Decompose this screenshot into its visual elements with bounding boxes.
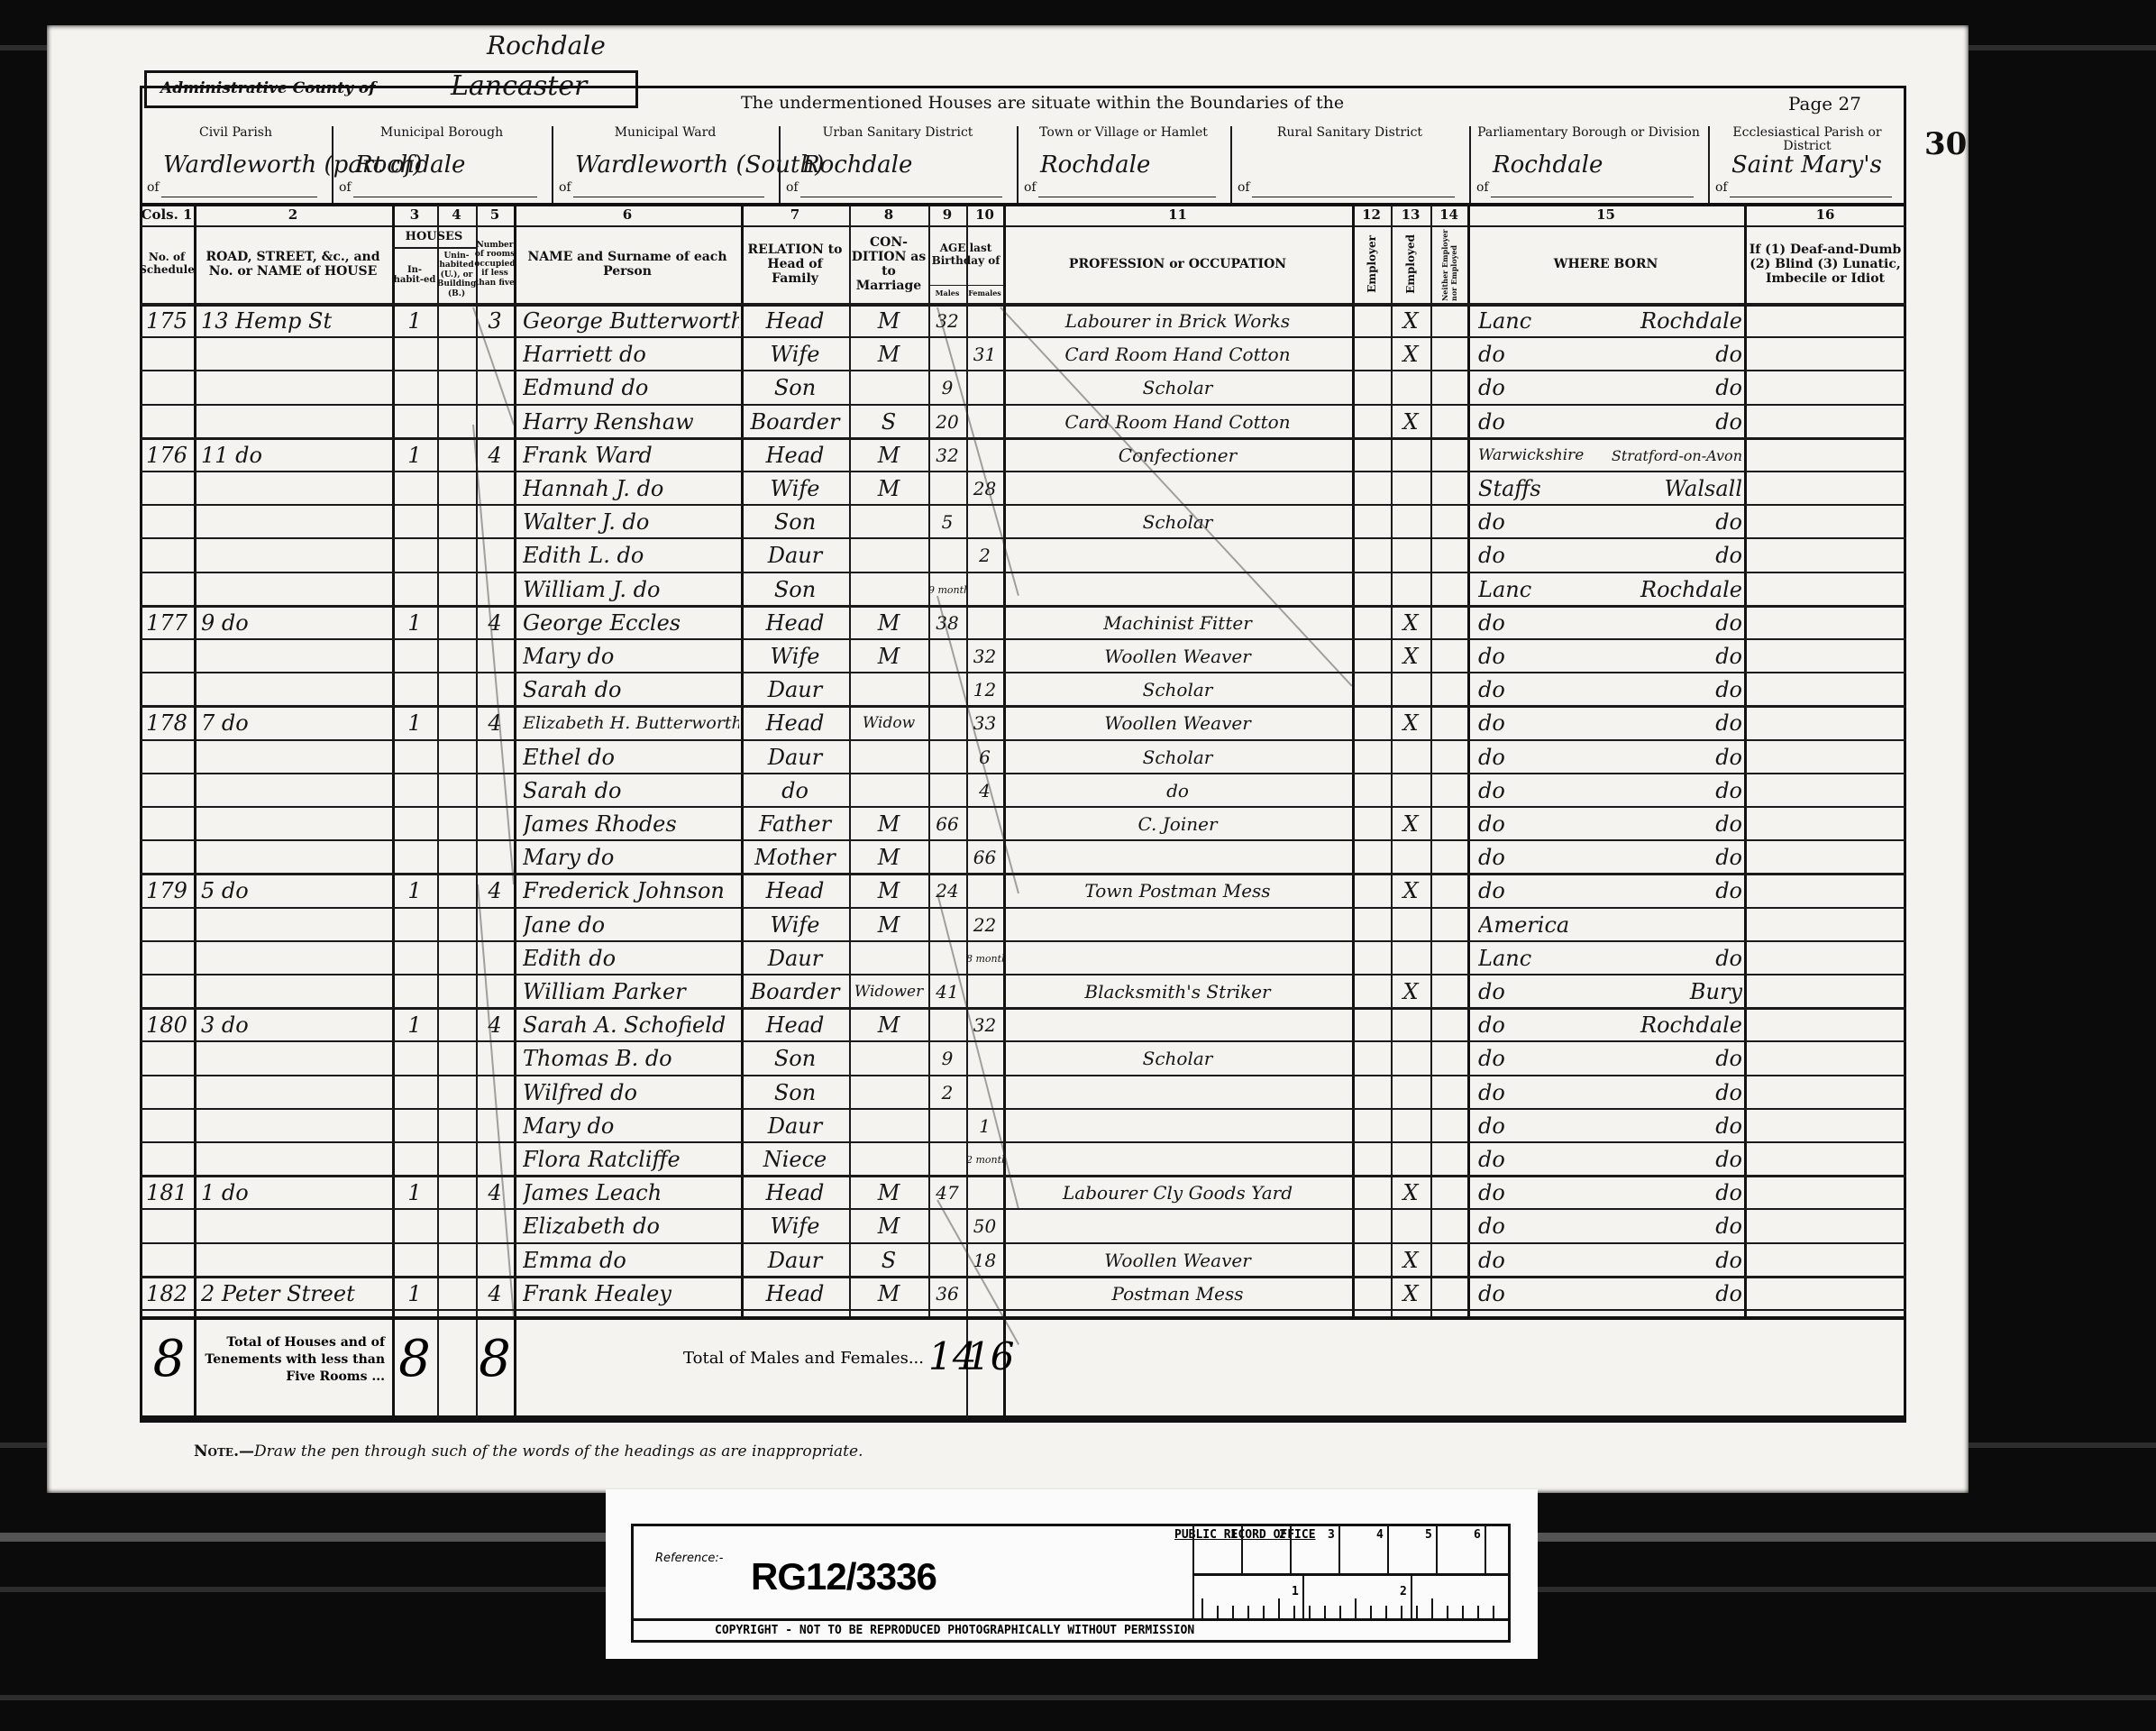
- cell-schedule: 176: [140, 439, 194, 472]
- cell-condition: M: [849, 1177, 928, 1210]
- cell-inhabited: 1: [392, 305, 437, 338]
- table-row: Sarah doDaur12Scholardodo: [140, 673, 1906, 707]
- cell-relation: Son: [741, 573, 849, 607]
- cell-name: Elizabeth do: [523, 1210, 739, 1243]
- cell-condition: S: [849, 406, 928, 439]
- cell-born-county: do: [1478, 741, 1613, 774]
- district-label: Civil Parish: [140, 126, 332, 140]
- district-label: Municipal Borough: [332, 126, 552, 140]
- ruler-tick: [1462, 1606, 1464, 1618]
- cell-rooms: 4: [476, 1177, 514, 1210]
- cell-condition: M: [849, 1210, 928, 1243]
- administrative-county-inserted: Rochdale: [487, 31, 606, 60]
- of-prefix: of: [786, 180, 799, 195]
- cell-condition: Widower: [849, 975, 928, 1009]
- cell-occupation: Woollen Weaver: [1003, 707, 1352, 740]
- heading-females: Females: [966, 287, 1003, 301]
- ruler-tick: [1416, 1606, 1418, 1618]
- cell-name: Frank Healey: [523, 1278, 739, 1311]
- cell-female-age: 31: [966, 338, 1003, 371]
- table-row: Elizabeth doWifeM50dodo: [140, 1210, 1906, 1243]
- cell-relation: Head: [741, 305, 849, 338]
- cell-born-place: do: [1603, 506, 1742, 539]
- column-number: 16: [1744, 206, 1906, 223]
- district-value: Rochdale: [355, 151, 544, 179]
- ruler-tick: [1217, 1606, 1219, 1618]
- heading-age-group: AGE last Birthday of: [928, 227, 1003, 283]
- cell-male-age: 66: [928, 808, 966, 841]
- table-row: William ParkerBoarderWidower41Blacksmith…: [140, 975, 1906, 1009]
- column-number: 8: [849, 206, 928, 223]
- cell-relation: Wife: [741, 909, 849, 942]
- cell-born-place: do: [1603, 1210, 1742, 1243]
- ruler-tick: [1309, 1606, 1311, 1618]
- table-row: Harriett doWifeM31Card Room Hand CottonX…: [140, 338, 1906, 371]
- cell-male-age: 5: [928, 506, 966, 539]
- cell-inhabited: 1: [392, 1009, 437, 1042]
- district-label: Urban Sanitary District: [779, 126, 1017, 140]
- cell-born-place: do: [1603, 942, 1742, 975]
- table-row: Mary doDaur1dodo: [140, 1110, 1906, 1143]
- cell-relation: do: [741, 774, 849, 808]
- table-row: Flora RatcliffeNiece2 monthdodo: [140, 1143, 1906, 1177]
- cell-condition: M: [849, 640, 928, 673]
- schedule-separator: [140, 303, 1906, 306]
- cell-born-place: Rochdale: [1603, 1009, 1742, 1042]
- cell-born-place: do: [1603, 1143, 1742, 1177]
- cell-relation: Daur: [741, 673, 849, 707]
- ruler-number: 3: [1328, 1528, 1335, 1542]
- cell-schedule: 180: [140, 1009, 194, 1042]
- total-rooms: 8: [476, 1330, 514, 1388]
- cell-relation: Son: [741, 506, 849, 539]
- cell-relation: Head: [741, 439, 849, 472]
- heading-occupation: PROFESSION or OCCUPATION: [1005, 227, 1350, 301]
- cell-condition: M: [849, 808, 928, 841]
- cell-female-age: 32: [966, 640, 1003, 673]
- total-inhabited: 8: [392, 1330, 437, 1388]
- cell-name: Harriett do: [523, 338, 739, 371]
- cell-relation: Boarder: [741, 406, 849, 439]
- district-value: Rochdale: [1493, 151, 1701, 179]
- heading-employed-cell: Employed: [1391, 227, 1430, 301]
- ruler-cell: 5: [1436, 1526, 1438, 1573]
- cell-employed: X: [1391, 808, 1430, 841]
- cell-road: 13 Hemp St: [201, 305, 399, 338]
- cell-male-age: 24: [928, 875, 966, 908]
- table-row: Emma doDaurS18Woollen WeaverXdodo: [140, 1244, 1906, 1278]
- ruler-cell: 6: [1485, 1526, 1486, 1573]
- ruler-tick: [1355, 1598, 1357, 1618]
- cell-name: William Parker: [523, 975, 739, 1009]
- note-text: Draw the pen through such of the words o…: [254, 1442, 863, 1461]
- cell-born-place: do: [1603, 1278, 1742, 1311]
- ruler-number: 2: [1279, 1528, 1286, 1542]
- cell-female-age: 50: [966, 1210, 1003, 1243]
- heading-employer: Employer: [1366, 235, 1378, 293]
- cell-schedule: 181: [140, 1177, 194, 1210]
- cell-occupation: Scholar: [1003, 371, 1352, 405]
- cell-born-place: do: [1603, 875, 1742, 908]
- ruler-tick: [1232, 1606, 1234, 1618]
- ruler-tick: [1431, 1598, 1433, 1618]
- cell-occupation: Woollen Weaver: [1003, 1244, 1352, 1278]
- cell-born-county: do: [1478, 1143, 1613, 1177]
- folio-number: 30: [1924, 126, 1967, 162]
- column-number: 4: [437, 206, 476, 223]
- table-row: Edith L. doDaur2dodo: [140, 539, 1906, 572]
- cell-born-county: do: [1478, 338, 1613, 371]
- cell-name: Elizabeth H. Butterworth: [523, 707, 739, 740]
- cell-relation: Head: [741, 707, 849, 740]
- cell-relation: Wife: [741, 338, 849, 371]
- cell-born-place: Rochdale: [1603, 573, 1742, 607]
- column-number: 7: [741, 206, 849, 223]
- cell-employed: X: [1391, 707, 1430, 740]
- table-row: 1803 do14Sarah A. SchofieldHeadM32doRoch…: [140, 1009, 1906, 1042]
- cell-born-place: do: [1603, 774, 1742, 808]
- footer-note: Note.—Draw the pen through such of the w…: [194, 1442, 863, 1461]
- cell-male-age: 9 month: [928, 573, 966, 607]
- cell-rooms: 4: [476, 1278, 514, 1311]
- table-row: Walter J. doSon5Scholardodo: [140, 506, 1906, 539]
- cell-inhabited: 1: [392, 1177, 437, 1210]
- ruler-tick: [1247, 1606, 1249, 1618]
- cell-born-county: Lanc: [1478, 305, 1613, 338]
- cell-born-place: do: [1603, 640, 1742, 673]
- district-label: Rural Sanitary District: [1230, 126, 1469, 140]
- cell-born-place: do: [1603, 338, 1742, 371]
- schedule-separator: [140, 873, 1906, 875]
- schedule-separator: [140, 1276, 1906, 1278]
- table-row: 1811 do14James LeachHeadM47Labourer Cly …: [140, 1177, 1906, 1210]
- stamp-frame: PUBLIC RECORD OFFICE Reference:- RG12/33…: [631, 1524, 1511, 1643]
- cell-born-county: do: [1478, 875, 1613, 908]
- cell-born-place: do: [1603, 1244, 1742, 1278]
- cell-relation: Wife: [741, 640, 849, 673]
- cell-relation: Wife: [741, 1210, 849, 1243]
- cell-female-age: 12: [966, 673, 1003, 707]
- cell-name: Edith do: [523, 942, 739, 975]
- ruler-number: 5: [1425, 1528, 1432, 1542]
- cell-born-county: Staffs: [1478, 472, 1613, 506]
- cell-relation: Mother: [741, 841, 849, 875]
- cell-condition: M: [849, 1278, 928, 1311]
- heading-relation: RELATION to Head of Family: [743, 227, 847, 301]
- cell-rooms: 4: [476, 439, 514, 472]
- cell-female-age: 2: [966, 539, 1003, 572]
- cell-male-age: 20: [928, 406, 966, 439]
- cell-born-county: do: [1478, 371, 1613, 405]
- heading-where-born: WHERE BORN: [1469, 227, 1742, 301]
- cell-male-age: 9: [928, 1042, 966, 1076]
- heading-rooms: Number of rooms occupied if less than fi…: [478, 227, 512, 301]
- district-underline: [1491, 197, 1694, 197]
- cell-born-county: Lanc: [1478, 573, 1613, 607]
- cell-name: Frederick Johnson: [523, 875, 739, 908]
- table-row: James RhodesFatherM66C. JoinerXdodo: [140, 808, 1906, 841]
- ruler-number: 4: [1376, 1528, 1384, 1542]
- of-prefix: of: [339, 180, 352, 195]
- cell-born-place: do: [1603, 841, 1742, 875]
- heading-neither-cell: Neither Employer nor Employed: [1430, 227, 1467, 301]
- cell-relation: Son: [741, 1042, 849, 1076]
- cell-occupation: Town Postman Mess: [1003, 875, 1352, 908]
- district-label: Town or Village or Hamlet: [1017, 126, 1230, 140]
- cell-occupation: Scholar: [1003, 506, 1352, 539]
- cell-occupation: do: [1003, 774, 1352, 808]
- cell-born-place: do: [1603, 539, 1742, 572]
- schedule-separator: [140, 1175, 1906, 1177]
- cell-rooms: 4: [476, 1009, 514, 1042]
- note-label: Note.—: [194, 1442, 254, 1461]
- ruler-cell: 2: [1290, 1526, 1292, 1573]
- heading-uninhabited: Unin-habited (U.), or Building (B.): [438, 249, 475, 301]
- ruler-bottom-scale: 12: [1194, 1576, 1510, 1618]
- cell-occupation: Postman Mess: [1003, 1278, 1352, 1311]
- heading-inhabited: In-habit-ed: [393, 249, 436, 301]
- cell-relation: Daur: [741, 741, 849, 774]
- cell-born-place: do: [1603, 673, 1742, 707]
- ruler-tick: [1278, 1598, 1280, 1618]
- column-number: 10: [966, 206, 1003, 223]
- cell-occupation: C. Joiner: [1003, 808, 1352, 841]
- heading-employer-cell: Employer: [1352, 227, 1391, 301]
- cell-name: Edmund do: [523, 371, 739, 405]
- ruler-cell: 3: [1338, 1526, 1340, 1573]
- cell-inhabited: 1: [392, 875, 437, 908]
- heading-infirmity: If (1) Deaf-and-Dumb (2) Blind (3) Lunat…: [1746, 227, 1905, 301]
- cell-road: 7 do: [201, 707, 399, 740]
- cell-name: Mary do: [523, 841, 739, 875]
- column-number: 5: [476, 206, 514, 223]
- of-prefix: of: [1238, 180, 1250, 195]
- cell-inhabited: 1: [392, 707, 437, 740]
- cell-born-place: do: [1603, 1076, 1742, 1110]
- table-row: Sarah dodo4dododo: [140, 774, 1906, 808]
- ruler-tick: [1339, 1606, 1341, 1618]
- district-underline: [573, 197, 764, 197]
- ruler-major-division: [1411, 1576, 1412, 1618]
- total-persons-label: Total of Males and Females...: [631, 1349, 924, 1368]
- cell-born-place: do: [1603, 1177, 1742, 1210]
- ruler-tick: [1324, 1606, 1326, 1618]
- cell-name: Sarah do: [523, 673, 739, 707]
- cell-male-age: 32: [928, 439, 966, 472]
- reference-label: Reference:-: [655, 1552, 723, 1565]
- total-females: 16: [966, 1334, 1003, 1378]
- table-row: Thomas B. doSon9Scholardodo: [140, 1042, 1906, 1076]
- cell-name: Hannah J. do: [523, 472, 739, 506]
- schedule-separator: [140, 705, 1906, 708]
- cell-employed: X: [1391, 875, 1430, 908]
- cell-condition: M: [849, 909, 928, 942]
- column-number: 9: [928, 206, 966, 223]
- table-row: Edmund doSon9Scholardodo: [140, 371, 1906, 405]
- district-value: Saint Mary's: [1731, 151, 1899, 179]
- cell-employed: X: [1391, 305, 1430, 338]
- cell-born-county: do: [1478, 506, 1613, 539]
- cell-born-county: Lanc: [1478, 942, 1613, 975]
- copyright-notice: COPYRIGHT - NOT TO BE REPRODUCED PHOTOGR…: [715, 1624, 1194, 1637]
- ruler-tick: [1401, 1606, 1402, 1618]
- of-prefix: of: [1024, 180, 1037, 195]
- cell-female-age: 4: [966, 774, 1003, 808]
- cell-born-place: Walsall: [1603, 472, 1742, 506]
- cell-male-age: 47: [928, 1177, 966, 1210]
- table-row: Hannah J. doWifeM28StaffsWalsall: [140, 472, 1906, 506]
- column-number: 11: [1003, 206, 1352, 223]
- table-row: Jane doWifeM22America: [140, 909, 1906, 942]
- district-value: Rochdale: [802, 151, 1009, 179]
- cell-name: Frank Ward: [523, 439, 739, 472]
- ruler-number: 1: [1230, 1528, 1238, 1542]
- cell-female-age: 8 months: [966, 942, 1003, 975]
- cell-born-county: do: [1478, 808, 1613, 841]
- table-row: 17611 do14Frank WardHeadM32ConfectionerW…: [140, 439, 1906, 472]
- cell-rooms: 4: [476, 607, 514, 640]
- cell-relation: Son: [741, 1076, 849, 1110]
- ruler: 123456 12: [1192, 1526, 1512, 1618]
- cell-relation: Wife: [741, 472, 849, 506]
- cell-road: 2 Peter Street: [201, 1278, 399, 1311]
- total-houses-label: Total of Houses and of Tenements with le…: [200, 1334, 385, 1386]
- cell-occupation: Labourer Cly Goods Yard: [1003, 1177, 1352, 1210]
- cell-male-age: 2: [928, 1076, 966, 1110]
- cell-born-place: do: [1603, 808, 1742, 841]
- cell-employed: X: [1391, 338, 1430, 371]
- cell-female-age: 2 month: [966, 1143, 1003, 1177]
- heading-employed: Employed: [1404, 234, 1417, 294]
- cell-name: Sarah do: [523, 774, 739, 808]
- cell-born-county: do: [1478, 1177, 1613, 1210]
- ruler-tick: [1477, 1606, 1479, 1618]
- cell-relation: Daur: [741, 1110, 849, 1143]
- cell-road: 9 do: [201, 607, 399, 640]
- table-row: 1822 Peter Street14Frank HealeyHeadM36Po…: [140, 1278, 1906, 1311]
- cell-road: 3 do: [201, 1009, 399, 1042]
- cell-occupation: Confectioner: [1003, 439, 1352, 472]
- cell-male-age: 36: [928, 1278, 966, 1311]
- cell-schedule: 182: [140, 1278, 194, 1311]
- cell-born-county: do: [1478, 539, 1613, 572]
- cell-occupation: Card Room Hand Cotton: [1003, 406, 1352, 439]
- cell-born-county: do: [1478, 707, 1613, 740]
- column-number: 13: [1391, 206, 1430, 223]
- district-value: Rochdale: [1040, 151, 1223, 179]
- cell-occupation: Scholar: [1003, 1042, 1352, 1076]
- cell-name: James Leach: [523, 1177, 739, 1210]
- cell-rooms: 4: [476, 707, 514, 740]
- district-underline: [1038, 197, 1216, 197]
- cell-condition: M: [849, 439, 928, 472]
- cell-relation: Daur: [741, 539, 849, 572]
- cell-relation: Father: [741, 808, 849, 841]
- heading-name: NAME and Surname of each Person: [516, 227, 739, 301]
- cell-schedule: 175: [140, 305, 194, 338]
- cell-inhabited: 1: [392, 607, 437, 640]
- cell-occupation: Woollen Weaver: [1003, 640, 1352, 673]
- ruler-tick: [1263, 1606, 1265, 1618]
- cell-schedule: 179: [140, 875, 194, 908]
- cell-relation: Daur: [741, 942, 849, 975]
- cell-relation: Head: [741, 1009, 849, 1042]
- reference-number: RG12/3336: [751, 1555, 936, 1598]
- table-row: William J. doSon9 monthLancRochdale: [140, 573, 1906, 607]
- cell-born-county: do: [1478, 1210, 1613, 1243]
- cell-born-place: Stratford-on-Avon: [1603, 439, 1742, 472]
- district-underline: [1252, 197, 1455, 197]
- cell-condition: M: [849, 305, 928, 338]
- ruler-number: 1: [1292, 1585, 1299, 1598]
- table-row: 1795 do14Frederick JohnsonHeadM24Town Po…: [140, 875, 1906, 908]
- cell-employed: X: [1391, 1177, 1430, 1210]
- table-row: Ethel doDaur6Scholardodo: [140, 741, 1906, 774]
- ruler-cell: 1: [1241, 1526, 1243, 1573]
- ruler-top-scale: 123456: [1194, 1526, 1510, 1576]
- cell-name: Walter J. do: [523, 506, 739, 539]
- public-record-office-stamp: PUBLIC RECORD OFFICE Reference:- RG12/33…: [606, 1489, 1538, 1659]
- heading-houses-group: HOUSES: [392, 227, 476, 247]
- ruler-number: 6: [1474, 1528, 1481, 1542]
- cell-name: George Butterworth: [523, 305, 739, 338]
- heading-neither: Neither Employer nor Employed: [1440, 227, 1458, 301]
- cell-born-county: do: [1478, 1076, 1613, 1110]
- cell-born-county: do: [1478, 607, 1613, 640]
- cell-born-county: do: [1478, 1042, 1613, 1076]
- column-number: 6: [514, 206, 741, 223]
- cell-born-place: do: [1603, 741, 1742, 774]
- cell-condition: Widow: [849, 707, 928, 740]
- ruler-tick: [1201, 1598, 1203, 1618]
- cell-born-county: America: [1478, 909, 1613, 942]
- cell-born-place: Bury: [1603, 975, 1742, 1009]
- cell-condition: M: [849, 875, 928, 908]
- heading-road: ROAD, STREET, &c., and No. or NAME of HO…: [196, 227, 390, 301]
- cell-born-place: do: [1603, 371, 1742, 405]
- cell-employed: X: [1391, 607, 1430, 640]
- column-number: Cols. 1: [140, 206, 194, 223]
- cell-born-county: do: [1478, 774, 1613, 808]
- cell-occupation: Blacksmith's Striker: [1003, 975, 1352, 1009]
- cell-condition: S: [849, 1244, 928, 1278]
- ruler-tick: [1293, 1606, 1295, 1618]
- cell-condition: M: [849, 338, 928, 371]
- cell-relation: Son: [741, 371, 849, 405]
- table-row: Mary doWifeM32Woollen WeaverXdodo: [140, 640, 1906, 673]
- ruler-tick: [1493, 1606, 1494, 1618]
- cell-name: William J. do: [523, 573, 739, 607]
- table-row: Wilfred doSon2dodo: [140, 1076, 1906, 1110]
- cell-name: Jane do: [523, 909, 739, 942]
- cell-name: Harry Renshaw: [523, 406, 739, 439]
- cell-born-place: do: [1603, 1042, 1742, 1076]
- cell-relation: Daur: [741, 1244, 849, 1278]
- cell-name: Edith L. do: [523, 539, 739, 572]
- total-males: 14: [928, 1334, 966, 1378]
- cell-name: George Eccles: [523, 607, 739, 640]
- totals-bottom-rule: [140, 1418, 1906, 1423]
- cell-born-county: Warwickshire: [1478, 439, 1613, 472]
- cell-female-age: 66: [966, 841, 1003, 875]
- ruler-tick: [1385, 1606, 1387, 1618]
- cell-born-county: do: [1478, 406, 1613, 439]
- cell-name: Wilfred do: [523, 1076, 739, 1110]
- cell-inhabited: 1: [392, 439, 437, 472]
- scan-artifact: [0, 1695, 2156, 1700]
- heading-males: Males: [928, 287, 966, 301]
- heading-condition: CON-DITION as to Marriage: [851, 227, 927, 301]
